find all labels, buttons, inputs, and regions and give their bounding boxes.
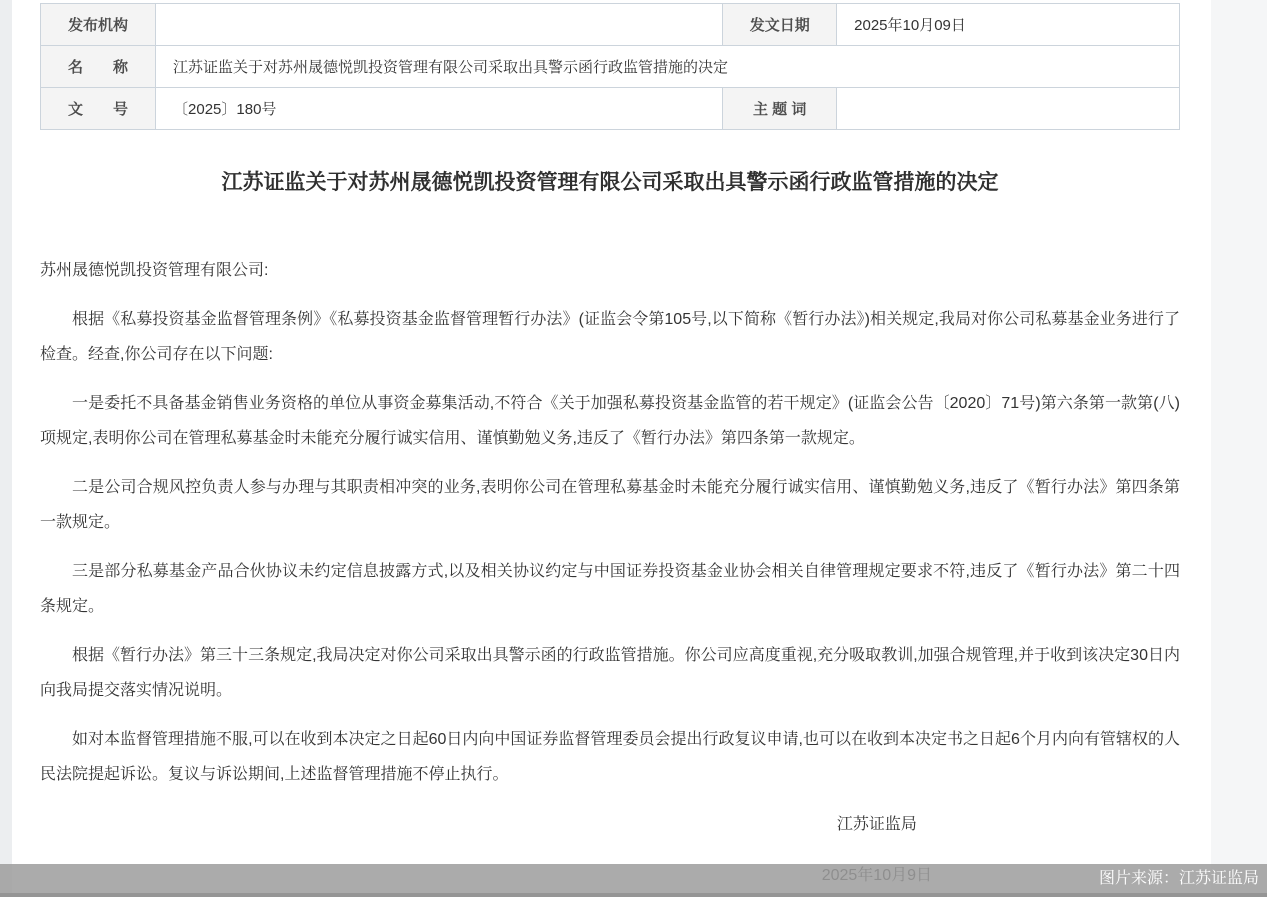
document-body: 苏州晟德悦凯投资管理有限公司: 根据《私募投资基金监督管理条例》《私募投资基金监… bbox=[40, 253, 1180, 893]
paragraph-appeal-rights: 如对本监督管理措施不服,可以在收到本决定之日起60日内向中国证券监督管理委员会提… bbox=[40, 722, 1180, 792]
left-margin-strip bbox=[0, 0, 12, 897]
table-row: 发布机构 发文日期 2025年10月09日 bbox=[41, 4, 1180, 46]
paragraph-basis: 根据《私募投资基金监督管理条例》《私募投资基金监督管理暂行办法》(证监会令第10… bbox=[40, 302, 1180, 372]
publisher-label: 发布机构 bbox=[41, 4, 156, 46]
doc-number-label: 文 号 bbox=[41, 88, 156, 130]
paragraph-decision: 根据《暂行办法》第三十三条规定,我局决定对你公司采取出具警示函的行政监管措施。你… bbox=[40, 638, 1180, 708]
name-label: 名 称 bbox=[41, 46, 156, 88]
caption-band: 图片来源：江苏证监局 bbox=[0, 864, 1267, 897]
paragraph-issue-2: 二是公司合规风控负责人参与办理与其职责相冲突的业务,表明你公司在管理私募基金时未… bbox=[40, 470, 1180, 540]
document-content: 发布机构 发文日期 2025年10月09日 名 称 江苏证监关于对苏州晟德悦凯投… bbox=[12, 0, 1211, 893]
salutation: 苏州晟德悦凯投资管理有限公司: bbox=[40, 253, 1180, 288]
doc-number-value: 〔2025〕180号 bbox=[156, 88, 723, 130]
subject-value bbox=[837, 88, 1180, 130]
document-sheet: 发布机构 发文日期 2025年10月09日 名 称 江苏证监关于对苏州晟德悦凯投… bbox=[12, 0, 1211, 897]
paragraph-issue-3: 三是部分私募基金产品合伙协议未约定信息披露方式,以及相关协议约定与中国证券投资基… bbox=[40, 554, 1180, 624]
document-meta-table: 发布机构 发文日期 2025年10月09日 名 称 江苏证监关于对苏州晟德悦凯投… bbox=[40, 3, 1180, 130]
publisher-value bbox=[156, 4, 723, 46]
table-row: 文 号 〔2025〕180号 主 题 词 bbox=[41, 88, 1180, 130]
signature-authority: 江苏证监局 bbox=[822, 807, 932, 842]
table-row: 名 称 江苏证监关于对苏州晟德悦凯投资管理有限公司采取出具警示函行政监管措施的决… bbox=[41, 46, 1180, 88]
issue-date-value: 2025年10月09日 bbox=[837, 4, 1180, 46]
document-title: 江苏证监关于对苏州晟德悦凯投资管理有限公司采取出具警示函行政监管措施的决定 bbox=[40, 168, 1180, 198]
page-background: 发布机构 发文日期 2025年10月09日 名 称 江苏证监关于对苏州晟德悦凯投… bbox=[0, 0, 1267, 897]
image-source-label: 图片来源：江苏证监局 bbox=[1099, 864, 1267, 894]
subject-label: 主 题 词 bbox=[723, 88, 837, 130]
paragraph-issue-1: 一是委托不具备基金销售业务资格的单位从事资金募集活动,不符合《关于加强私募投资基… bbox=[40, 386, 1180, 456]
name-value: 江苏证监关于对苏州晟德悦凯投资管理有限公司采取出具警示函行政监管措施的决定 bbox=[156, 46, 1180, 88]
issue-date-label: 发文日期 bbox=[723, 4, 837, 46]
